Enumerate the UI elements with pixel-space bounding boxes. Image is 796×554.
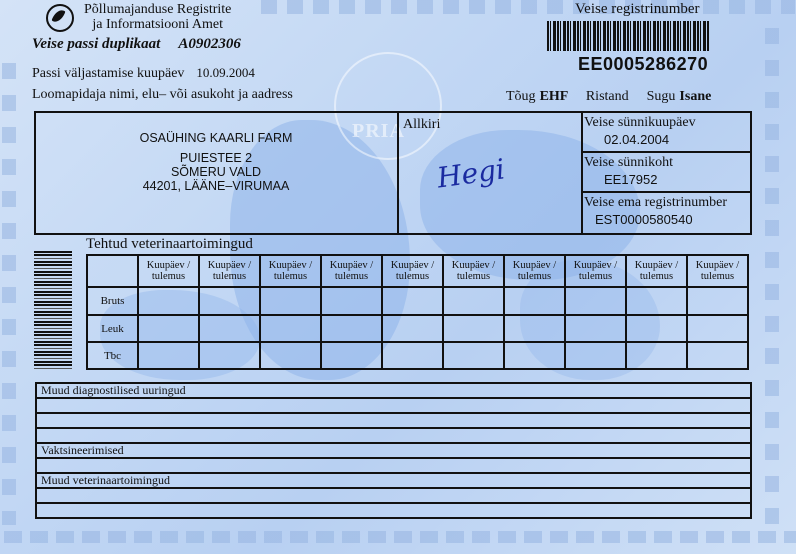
row-label: Leuk [87, 315, 138, 342]
table-cell[interactable] [138, 315, 199, 342]
security-border-top [255, 0, 795, 14]
column-header: Kuupäev /tulemus [626, 255, 687, 287]
row-label: Tbc [87, 342, 138, 369]
birth-date-cell: Veise sünnikuupäev 02.04.2004 [581, 113, 751, 153]
table-cell[interactable] [626, 342, 687, 369]
table-row: Leuk [87, 315, 748, 342]
column-header: Kuupäev /tulemus [260, 255, 321, 287]
birth-place-cell: Veise sünnikoht EE17952 [581, 153, 751, 193]
owner-animal-box: OSAÜHING KAARLI FARM PUIESTEE 2 SÕMERU V… [34, 111, 752, 235]
issue-date-row: Passi väljastamise kuupäev10.09.2004 [32, 65, 255, 82]
breed-value: EHF [540, 89, 569, 104]
row-label: Bruts [87, 287, 138, 315]
table-row: Bruts [87, 287, 748, 315]
table-cell[interactable] [382, 315, 443, 342]
table-cell[interactable] [321, 315, 382, 342]
document-number: A0902306 [178, 36, 241, 52]
signature-cell: Allkiri Hegi [397, 113, 583, 233]
birth-date-label: Veise sünnikuupäev [584, 115, 696, 130]
table-cell[interactable] [565, 287, 626, 315]
sex-value: Isane [679, 89, 711, 104]
registration-label: Veise registrinumber [575, 1, 700, 18]
dam-reg-cell: Veise ema registrinumber EST0000580540 [581, 193, 751, 233]
agency-line-1: Põllumajanduse Registrite [84, 2, 231, 17]
table-cell[interactable] [687, 342, 748, 369]
document-title-text: Veise passi duplikaat [32, 36, 160, 52]
table-cell[interactable] [687, 287, 748, 315]
registration-barcode [547, 21, 709, 51]
dam-reg-label: Veise ema registrinumber [584, 195, 727, 210]
vet-actions-title: Tehtud veterinaartoimingud [86, 236, 253, 253]
notes-line[interactable] [37, 414, 750, 429]
birth-place-label: Veise sünnikoht [584, 155, 673, 170]
security-border-left [2, 55, 16, 525]
owner-name: OSAÜHING KAARLI FARM [36, 131, 396, 145]
sex-label: Sugu [647, 89, 676, 104]
vet-actions-table: Kuupäev /tulemusKuupäev /tulemusKuupäev … [86, 254, 749, 370]
notes-line[interactable] [37, 504, 750, 517]
column-header: Kuupäev /tulemus [321, 255, 382, 287]
breed-row: TõugEHF Ristand SuguIsane [506, 89, 711, 105]
owner-address: OSAÜHING KAARLI FARM PUIESTEE 2 SÕMERU V… [36, 131, 396, 193]
table-cell[interactable] [504, 315, 565, 342]
table-cell[interactable] [199, 342, 260, 369]
table-cell[interactable] [626, 287, 687, 315]
security-border-right [765, 20, 779, 525]
table-cell[interactable] [382, 287, 443, 315]
table-cell[interactable] [321, 342, 382, 369]
owner-postal-county: 44201, LÄÄNE–VIRUMAA [36, 179, 396, 193]
column-header: Kuupäev /tulemus [382, 255, 443, 287]
column-header: Kuupäev /tulemus [504, 255, 565, 287]
table-cell[interactable] [199, 315, 260, 342]
table-cell[interactable] [260, 315, 321, 342]
table-corner [87, 255, 138, 287]
table-cell[interactable] [321, 287, 382, 315]
notes-line[interactable] [37, 459, 750, 474]
birth-date-value: 02.04.2004 [584, 132, 751, 147]
owner-label: Loomapidaja nimi, elu– või asukoht ja aa… [32, 87, 293, 103]
issue-date-label: Passi väljastamise kuupäev [32, 66, 184, 81]
handwritten-signature: Hegi [435, 152, 507, 194]
agency-logo-icon [46, 4, 74, 32]
breed-label: Tõug [506, 89, 536, 104]
column-header: Kuupäev /tulemus [687, 255, 748, 287]
security-border-bottom [0, 531, 796, 543]
column-header: Kuupäev /tulemus [443, 255, 504, 287]
dam-reg-value: EST0000580540 [584, 212, 751, 227]
column-header: Kuupäev /tulemus [199, 255, 260, 287]
agency-line-2: ja Informatsiooni Amet [84, 17, 231, 32]
table-cell[interactable] [504, 342, 565, 369]
table-cell[interactable] [687, 315, 748, 342]
other-vet-label: Muud veterinaartoimingud [37, 474, 750, 489]
table-cell[interactable] [138, 342, 199, 369]
vaccinations-label: Vaktsineerimised [37, 444, 750, 459]
table-row: Tbc [87, 342, 748, 369]
column-header: Kuupäev /tulemus [565, 255, 626, 287]
table-cell[interactable] [199, 287, 260, 315]
table-cell[interactable] [138, 287, 199, 315]
owner-street: PUIESTEE 2 [36, 151, 396, 165]
table-cell[interactable] [260, 342, 321, 369]
notes-line[interactable] [37, 489, 750, 504]
table-cell[interactable] [260, 287, 321, 315]
owner-municipality: SÕMERU VALD [36, 165, 396, 179]
document-title: Veise passi duplikaatA0902306 [32, 36, 241, 53]
table-cell[interactable] [565, 315, 626, 342]
other-diagnostics-label: Muud diagnostilised uuringud [37, 384, 750, 399]
agency-name: Põllumajanduse Registrite ja Informatsio… [84, 2, 231, 32]
notes-line[interactable] [37, 399, 750, 414]
table-cell[interactable] [565, 342, 626, 369]
table-cell[interactable] [443, 342, 504, 369]
crossbreed-label: Ristand [586, 89, 629, 104]
notes-line[interactable] [37, 429, 750, 444]
birth-place-value: EE17952 [584, 172, 751, 187]
signature-label: Allkiri [403, 117, 440, 133]
registration-number: EE0005286270 [578, 54, 708, 75]
side-barcode [34, 251, 72, 369]
notes-section: Muud diagnostilised uuringud Vaktsineeri… [35, 382, 752, 519]
column-header: Kuupäev /tulemus [138, 255, 199, 287]
table-cell[interactable] [504, 287, 565, 315]
table-cell[interactable] [443, 287, 504, 315]
issue-date-value: 10.09.2004 [196, 65, 255, 80]
table-cell[interactable] [626, 315, 687, 342]
table-cell[interactable] [443, 315, 504, 342]
animal-info: Veise sünnikuupäev 02.04.2004 Veise sünn… [581, 113, 751, 233]
table-cell[interactable] [382, 342, 443, 369]
